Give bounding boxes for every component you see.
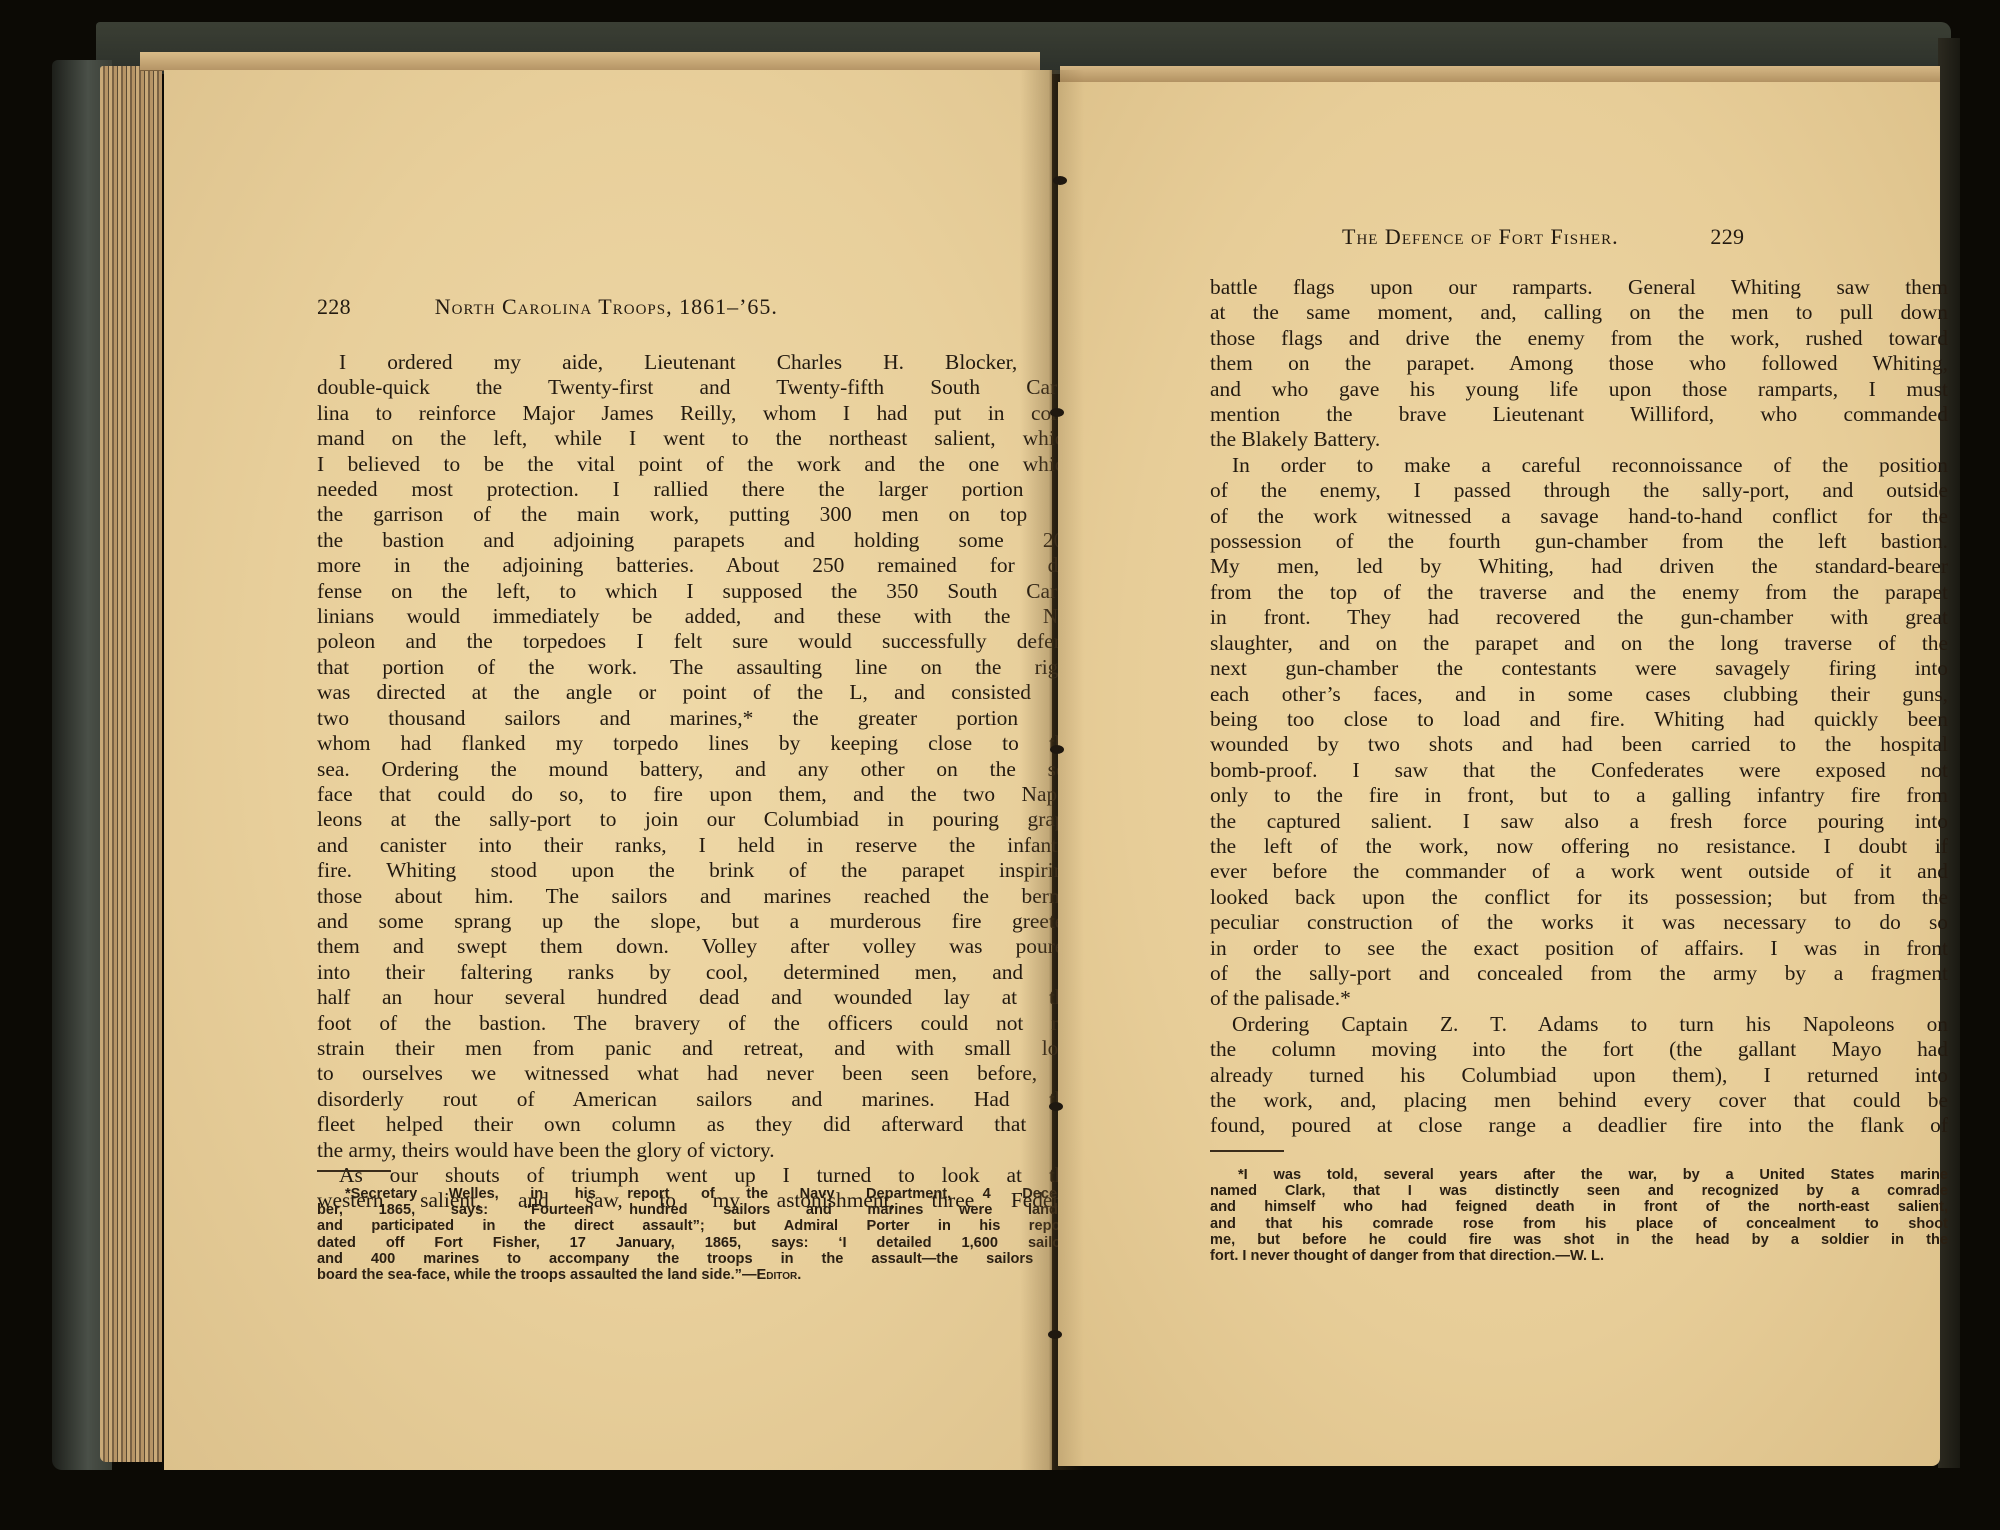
text-line: wounded by two shots and had been carrie…	[1210, 732, 1948, 757]
text-line: slaughter, and on the parapet and on the…	[1210, 631, 1948, 656]
text-line: in front. They had recovered the gun-cha…	[1210, 605, 1948, 630]
text-line: and some sprang up the slope, but a murd…	[317, 909, 1075, 934]
footnote-signature: Editor.	[757, 1267, 802, 1283]
text-line: Ordering Captain Z. T. Adams to turn his…	[1210, 1012, 1948, 1037]
footnote-line: named Clark, that I was distinctly seen …	[1210, 1183, 1948, 1199]
text-line: of the palisade.*	[1210, 986, 1948, 1011]
text-line: two thousand sailors and marines,* the g…	[317, 706, 1075, 731]
text-line: peculiar construction of the works it wa…	[1210, 910, 1948, 935]
text-line: to ourselves we witnessed what had never…	[317, 1061, 1075, 1086]
text-line: double-quick the Twenty-first and Twenty…	[317, 375, 1075, 400]
footnote-line: dated off Fort Fisher, 17 January, 1865,…	[317, 1235, 1075, 1251]
right-footnote: *I was told, several years after the war…	[1210, 1167, 1948, 1264]
binding-stitch	[1048, 1330, 1062, 1339]
text-line: leons at the sally-port to join our Colu…	[317, 807, 1075, 832]
text-line: needed most protection. I rallied there …	[317, 477, 1075, 502]
text-line: In order to make a careful reconnoissanc…	[1210, 453, 1948, 478]
text-line: each other’s faces, and in some cases cl…	[1210, 682, 1948, 707]
page-number: 228	[317, 294, 351, 319]
text-line: the garrison of the main work, putting 3…	[317, 502, 1075, 527]
text-line: already turned his Columbiad upon them),…	[1210, 1063, 1948, 1088]
text-line: of the enemy, I passed through the sally…	[1210, 478, 1948, 503]
text-line: in order to see the exact position of af…	[1210, 936, 1948, 961]
text-line: at the same moment, and, calling on the …	[1210, 300, 1948, 325]
text-line: the Blakely Battery.	[1210, 427, 1948, 452]
text-line: them and swept them down. Volley after v…	[317, 934, 1075, 959]
text-line: the captured salient. I saw also a fresh…	[1210, 809, 1948, 834]
left-page: 228 North Carolina Troops, 1861–’65. I o…	[164, 70, 1052, 1470]
text-line: those about him. The sailors and marines…	[317, 884, 1075, 909]
footnote-line: and 400 marines to accompany the troops …	[317, 1251, 1075, 1267]
text-line: whom had flanked my torpedo lines by kee…	[317, 731, 1075, 756]
text-line: sea. Ordering the mound battery, and any…	[317, 757, 1075, 782]
binding-stitch	[1050, 408, 1064, 417]
text-line: mention the brave Lieutenant Williford, …	[1210, 402, 1948, 427]
text-line: mand on the left, while I went to the no…	[317, 426, 1075, 451]
text-line: half an hour several hundred dead and wo…	[317, 985, 1075, 1010]
text-line: lina to reinforce Major James Reilly, wh…	[317, 401, 1075, 426]
text-line: from the top of the traverse and the ene…	[1210, 580, 1948, 605]
text-line: My men, led by Whiting, had driven the s…	[1210, 554, 1948, 579]
text-line: being too close to load and fire. Whitin…	[1210, 707, 1948, 732]
text-line: next gun-chamber the contestants were sa…	[1210, 656, 1948, 681]
text-line: linians would immediately be added, and …	[317, 604, 1075, 629]
text-line: and canister into their ranks, I held in…	[317, 833, 1075, 858]
text-line: the column moving into the fort (the gal…	[1210, 1037, 1948, 1062]
text-line: I believed to be the vital point of the …	[317, 452, 1075, 477]
running-head-title: The Defence of Fort Fisher.	[1342, 224, 1619, 249]
footnote-line: board the sea-face, while the troops ass…	[317, 1267, 1075, 1283]
text-line: I ordered my aide, Lieutenant Charles H.…	[317, 350, 1075, 375]
page-stack-edge	[100, 66, 162, 1462]
text-line: the left of the work, now offering no re…	[1210, 834, 1948, 859]
text-line: them on the parapet. Among those who fol…	[1210, 351, 1948, 376]
text-line: face that could do so, to fire upon them…	[317, 782, 1075, 807]
text-line: was directed at the angle or point of th…	[317, 680, 1075, 705]
binding-stitch	[1050, 745, 1064, 754]
footnote-rule	[1210, 1150, 1284, 1152]
text-line: into their faltering ranks by cool, dete…	[317, 960, 1075, 985]
text-line: possession of the fourth gun-chamber fro…	[1210, 529, 1948, 554]
text-line: strain their men from panic and retreat,…	[317, 1036, 1075, 1061]
page-stack-top-left	[140, 52, 1040, 71]
text-line: more in the adjoining batteries. About 2…	[317, 553, 1075, 578]
running-head-title: North Carolina Troops, 1861–’65.	[435, 294, 778, 319]
text-line: bomb-proof. I saw that the Confederates …	[1210, 758, 1948, 783]
text-line: the work, and, placing men behind every …	[1210, 1088, 1948, 1113]
binding-stitch	[1049, 1102, 1063, 1111]
right-page: The Defence of Fort Fisher. 229 battle f…	[1058, 82, 1940, 1466]
text-line: As our shouts of triumph went up I turne…	[317, 1163, 1075, 1188]
text-line: those flags and drive the enemy from the…	[1210, 326, 1948, 351]
text-line: of the sally-port and concealed from the…	[1210, 961, 1948, 986]
left-body-text: I ordered my aide, Lieutenant Charles H.…	[317, 350, 1075, 1214]
right-body-text: battle flags upon our ramparts. General …	[1210, 275, 1948, 1139]
right-running-head: The Defence of Fort Fisher. 229	[1342, 224, 1744, 250]
text-line: found, poured at close range a deadlier …	[1210, 1113, 1948, 1138]
left-running-head: 228 North Carolina Troops, 1861–’65.	[317, 294, 778, 320]
footnote-rule	[317, 1170, 391, 1172]
left-footnote: *Secretary Welles, in his report of the …	[317, 1186, 1075, 1283]
footnote-line: ber, 1865, says: “Fourteen hundred sailo…	[317, 1202, 1075, 1218]
text-line: foot of the bastion. The bravery of the …	[317, 1011, 1075, 1036]
text-line: and who gave his young life upon those r…	[1210, 377, 1948, 402]
text-line: of the work witnessed a savage hand-to-h…	[1210, 504, 1948, 529]
footnote-line: and himself who had feigned death in fro…	[1210, 1199, 1948, 1215]
footnote-line: and that his comrade rose from his place…	[1210, 1216, 1948, 1232]
text-line: disorderly rout of American sailors and …	[317, 1087, 1075, 1112]
footnote-line: *I was told, several years after the war…	[1210, 1167, 1948, 1183]
footnote-line: and participated in the direct assault”;…	[317, 1218, 1075, 1234]
text-line: ever before the commander of a work went…	[1210, 859, 1948, 884]
text-line: looked back upon the conflict for its po…	[1210, 885, 1948, 910]
text-line: battle flags upon our ramparts. General …	[1210, 275, 1948, 300]
text-line: poleon and the torpedoes I felt sure wou…	[317, 629, 1075, 654]
binding-stitch	[1053, 176, 1067, 185]
text-line: fleet helped their own column as they di…	[317, 1112, 1075, 1137]
page-stack-top-right	[1060, 66, 1940, 83]
text-line: only to the fire in front, but to a gall…	[1210, 783, 1948, 808]
page-number: 229	[1710, 224, 1744, 249]
text-line: that portion of the work. The assaulting…	[317, 655, 1075, 680]
text-line: fense on the left, to which I supposed t…	[317, 579, 1075, 604]
footnote-line: *Secretary Welles, in his report of the …	[317, 1186, 1075, 1202]
footnote-line: fort. I never thought of danger from tha…	[1210, 1248, 1948, 1264]
text-line: the army, theirs would have been the glo…	[317, 1138, 1075, 1163]
text-line: the bastion and adjoining parapets and h…	[317, 528, 1075, 553]
footnote-line: me, but before he could fire was shot in…	[1210, 1232, 1948, 1248]
text-line: fire. Whiting stood upon the brink of th…	[317, 858, 1075, 883]
book-photo: 228 North Carolina Troops, 1861–’65. I o…	[0, 0, 2000, 1530]
